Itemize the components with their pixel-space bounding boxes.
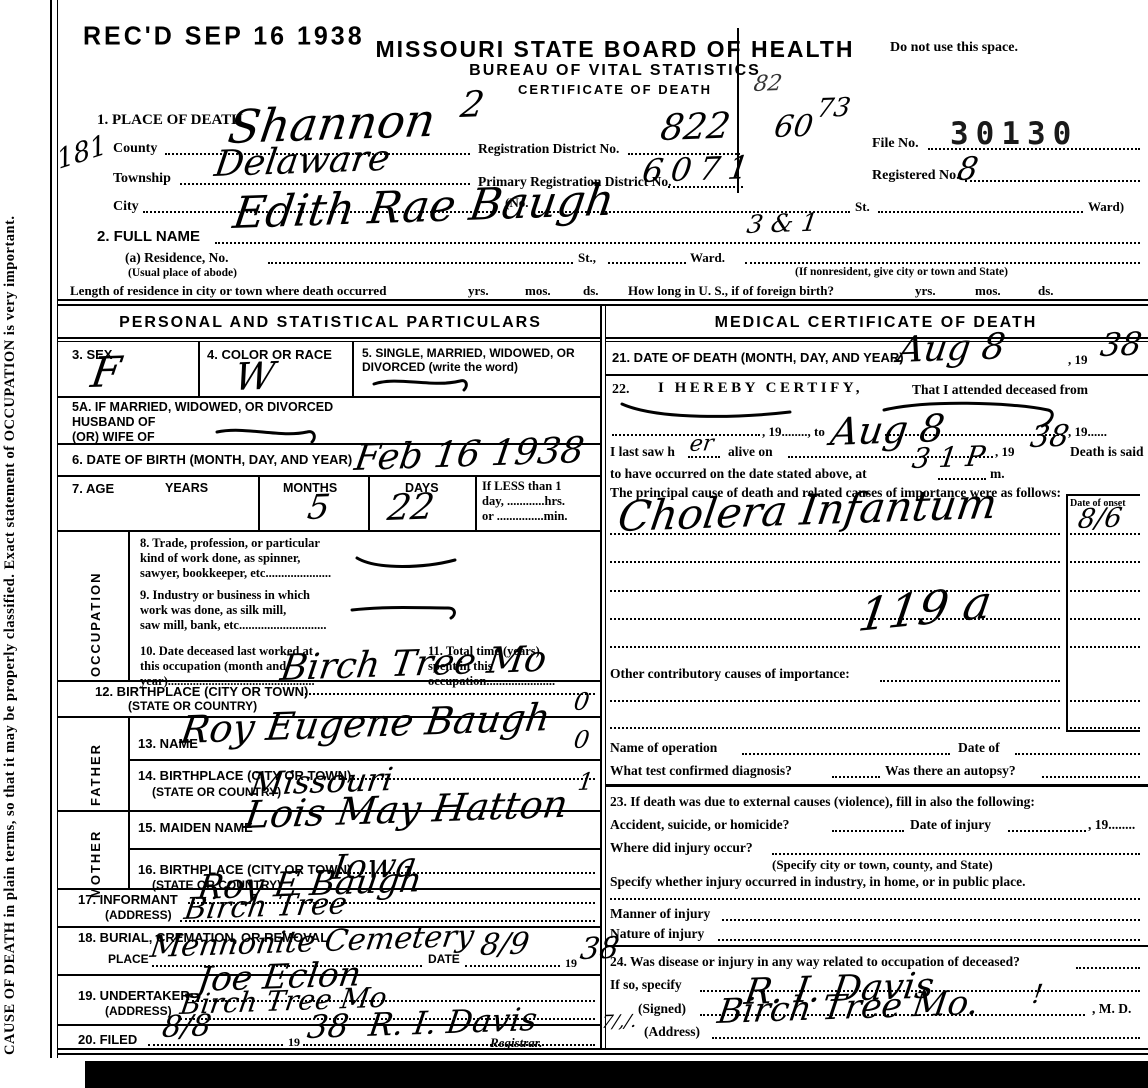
date-of-onset-handwriting: 8/6: [1076, 503, 1124, 535]
howlong-mos-label: mos.: [975, 283, 1001, 299]
age-days-handwriting: 22: [385, 486, 437, 529]
mother-name-label: 15. MAIDEN NAME: [138, 820, 253, 835]
medical-section-title: MEDICAL CERTIFICATE OF DEATH: [606, 314, 1146, 332]
md-label: , M. D.: [1092, 1001, 1131, 1017]
item9-dash-handwriting: [350, 600, 460, 620]
date-of-death-year-handwriting: 38: [1098, 325, 1144, 364]
nature-injury-dots: [718, 929, 1140, 941]
certify-rest-text: That I attended deceased from: [912, 382, 1088, 398]
side-number-handwriting: 181: [55, 129, 109, 176]
length-residence-label: Length of residence in city or town wher…: [70, 283, 386, 299]
certify-number: 22.: [612, 382, 630, 398]
contributory-handwriting: 119 a: [855, 575, 995, 642]
operation-date-dots: [1015, 743, 1140, 755]
county-label: County: [113, 141, 157, 157]
nonresident-note: (If nonresident, give city or town and S…: [795, 266, 1008, 278]
s24-dots: [1076, 957, 1140, 969]
residence-ward-label: Ward.: [690, 250, 725, 266]
sex-race-divider: [198, 341, 200, 396]
s23-top-rule: [606, 784, 1148, 787]
occupation-item9: 9. Industry or business in which work wa…: [140, 588, 326, 632]
dob-bottom-rule: [57, 475, 600, 477]
scan-black-bar: [85, 1061, 1148, 1088]
s5a-dash-handwriting: [215, 424, 320, 444]
cause-dots-4: [610, 618, 1060, 620]
personal-section-title: PERSONAL AND STATISTICAL PARTICULARS: [68, 314, 593, 332]
doctor-address-handwriting: Birch Tree Mo.: [715, 983, 981, 1032]
cause-dots-2b: [1070, 561, 1140, 563]
autopsy-dots: [1042, 766, 1140, 778]
length-yrs-label: yrs.: [468, 283, 489, 299]
medical-title-rule-2: [606, 341, 1148, 342]
last-saw-label-a: I last saw h: [610, 444, 675, 460]
signed-label: (Signed): [638, 1001, 686, 1017]
received-date-stamp: REC'D SEP 16 1938: [83, 21, 365, 51]
contributory-label: Other contributory causes of importance:: [610, 666, 850, 682]
manner-injury-dots: [722, 909, 1140, 921]
age-months-handwriting: 5: [305, 487, 332, 528]
stray-mark-1-handwriting: 0: [572, 687, 591, 716]
length-mos-label: mos.: [525, 283, 551, 299]
personal-title-rule-1: [57, 337, 600, 339]
registered-no-label: Registered No.: [872, 168, 960, 184]
doctor-address-label: (Address): [644, 1024, 700, 1040]
accident-label: Accident, suicide, or homicide?: [610, 817, 789, 833]
where-injury-dots: [772, 843, 1140, 855]
age-days-divider: [475, 475, 477, 530]
residence-label: (a) Residence, No.: [125, 250, 228, 266]
race-marital-divider: [352, 341, 354, 396]
specify-city-note: (Specify city or town, county, and State…: [772, 857, 993, 873]
father-side-divider: [128, 716, 130, 810]
dob-handwriting: Feb 16 1938: [352, 430, 587, 479]
city-st-line: [878, 199, 1083, 213]
address-scribble-handwriting: 7/,/.: [600, 1011, 638, 1033]
manner-injury-label: Manner of injury: [610, 906, 710, 922]
form-bottom-rule-1: [57, 1048, 1148, 1050]
occupation-side-label: OCCUPATION: [88, 542, 103, 677]
place-of-death-label: 1. PLACE OF DEATH: [97, 112, 243, 129]
where-injury-label: Where did injury occur?: [610, 840, 753, 856]
city-st-label: St.: [855, 199, 870, 215]
header-squiggle-handwriting: 2: [458, 84, 487, 126]
certify-dash1-handwriting: [618, 398, 798, 426]
injury-date-label: Date of injury: [910, 817, 991, 833]
howlong-ds-label: ds.: [1038, 283, 1054, 299]
operation-dots: [742, 743, 950, 755]
test-label: What test confirmed diagnosis?: [610, 763, 792, 779]
last-saw-year-prefix: , 19: [995, 444, 1015, 460]
certificate-title: CERTIFICATE OF DEATH: [375, 82, 855, 97]
registered-no-handwriting: 8: [955, 149, 981, 188]
accident-dots: [832, 820, 904, 832]
burial-date-label: DATE: [428, 952, 460, 966]
city-ward-label: Ward): [1088, 199, 1124, 215]
marital-label: 5. SINGLE, MARRIED, WIDOWED, OR DIVORCED…: [362, 346, 575, 374]
s24-top-rule: [606, 945, 1148, 947]
certify-line2-dots1: [612, 424, 760, 436]
abode-note: (Usual place of abode): [128, 267, 237, 279]
residence-st-label: St.,: [578, 250, 596, 266]
undertaker-address-label: (ADDRESS): [105, 1004, 172, 1018]
age-label: 7. AGE: [72, 481, 114, 496]
informant-address-label: (ADDRESS): [105, 908, 172, 922]
contributory-dots: [880, 670, 1060, 682]
length-ds-label: ds.: [583, 283, 599, 299]
death-said-text: Death is said: [1070, 444, 1144, 460]
cause-dots-5b: [1070, 646, 1140, 648]
registered-no-line: [965, 168, 1140, 182]
occurred-label: to have occurred on the date stated abov…: [610, 466, 867, 482]
columns-top-rule-2: [57, 304, 1148, 306]
filed-label: 20. FILED: [78, 1032, 137, 1047]
file-no-label: File No.: [872, 136, 919, 152]
age-less-label: If LESS than 1 day, ............hrs. or …: [482, 479, 568, 523]
last-saw-er-handwriting: er: [688, 431, 715, 457]
medical-title-rule-1: [606, 337, 1148, 339]
full-name-annotation-handwriting: 3 & 1: [745, 208, 819, 239]
nature-injury-label: Nature of injury: [610, 926, 704, 942]
howlong-yrs-label: yrs.: [915, 283, 936, 299]
stray-mark-2-handwriting: 0: [572, 725, 591, 754]
filed-date-handwriting: 8/8: [160, 1008, 213, 1045]
burial-year-prefix: 19: [565, 956, 577, 971]
undertaker-label: 19. UNDERTAKER: [78, 988, 190, 1003]
file-no-stamp: 30130: [950, 116, 1078, 152]
stray-mark-3-handwriting: 1: [576, 767, 595, 796]
do-not-use-note: Do not use this space.: [890, 40, 1018, 56]
operation-label: Name of operation: [610, 740, 717, 756]
s24-title: 24. Was disease or injury in any way rel…: [610, 954, 1020, 970]
occurred-time-handwriting: 3 1 P: [910, 439, 987, 475]
primary-district-handwriting: 6071: [640, 148, 759, 190]
cause-dots-4b: [1070, 618, 1140, 620]
injury-date-dots: [1008, 820, 1086, 832]
form-left-border-outer: [50, 0, 52, 1058]
row345-bottom-rule: [57, 396, 600, 398]
township-handwriting: Delaware: [212, 138, 393, 185]
marital-dash-handwriting: [372, 374, 472, 392]
sex-handwriting: F: [88, 347, 124, 397]
filed-year-handwriting: 38: [305, 1007, 351, 1046]
cause-dots-7: [610, 727, 1060, 729]
informant-label: 17. INFORMANT: [78, 892, 178, 907]
cause-dots-1b: [1070, 533, 1140, 535]
date-of-death-handwriting: Aug 8: [895, 326, 1008, 371]
margin-instruction-text: CAUSE OF DEATH in plain terms, so that i…: [2, 10, 19, 1055]
age-bottom-rule: [57, 530, 600, 532]
org-title: MISSOURI STATE BOARD OF HEALTH: [375, 36, 855, 63]
operation-date-label: Date of: [958, 740, 1000, 756]
age-years-divider: [258, 475, 260, 530]
specify-whether-label: Specify whether injury occurred in indus…: [610, 874, 1026, 890]
burial-place-label: PLACE: [108, 952, 149, 966]
residence-ward-line: [745, 251, 1140, 264]
personal-title-rule-2: [57, 341, 600, 342]
cause-dots-6: [610, 700, 1060, 702]
last-saw-year-handwriting: 38: [1028, 419, 1071, 455]
registration-district-handwriting: 822: [658, 106, 733, 149]
pencil-mark-handwriting: 82: [752, 71, 784, 97]
cause-dots-6b: [1070, 700, 1140, 702]
columns-top-rule-1: [57, 299, 1148, 301]
item8-dash-handwriting: [355, 552, 460, 572]
cause-dots-2: [610, 561, 1060, 563]
injury-year-label: , 19........: [1088, 817, 1135, 833]
certify-line2-a: , 19........, to: [762, 424, 825, 440]
death-certificate-scan: CAUSE OF DEATH in plain terms, so that i…: [0, 0, 1148, 1088]
date-of-death-year-prefix: , 19: [1068, 352, 1088, 368]
township-label: Township: [113, 171, 171, 187]
specify-whether-dots: [610, 898, 1140, 900]
registration-district-sup-handwriting: 73: [815, 93, 853, 124]
howlong-us-label: How long in U. S., if of foreign birth?: [628, 283, 834, 299]
registration-district-label: Registration District No.: [478, 141, 619, 157]
residence-st-line: [608, 251, 686, 264]
age-months-divider: [368, 475, 370, 530]
s23-title: 23. If death was due to external causes …: [610, 794, 1035, 810]
burial-date-handwriting: 8/9: [478, 926, 531, 963]
dob-label: 6. DATE OF BIRTH (MONTH, DAY, AND YEAR): [72, 452, 352, 467]
race-handwriting: W: [232, 354, 277, 399]
occupation-item8: 8. Trade, profession, or particular kind…: [140, 536, 331, 580]
certify-bold-text: I HEREBY CERTIFY,: [658, 380, 863, 397]
test-dots: [832, 766, 880, 778]
father-side-label: FATHER: [88, 726, 103, 806]
date-of-death-label: 21. DATE OF DEATH (MONTH, DAY, AND YEAR): [612, 350, 904, 365]
cause-dots-7b: [1070, 727, 1140, 729]
residence-line: [268, 251, 573, 264]
if-so-label: If so, specify: [610, 977, 682, 993]
s21-bottom-rule: [606, 374, 1148, 376]
form-bottom-rule-2: [57, 1053, 1148, 1055]
age-years-label: YEARS: [165, 481, 208, 495]
autopsy-label: Was there an autopsy?: [885, 763, 1016, 779]
registration-district-extra-handwriting: 60: [772, 109, 815, 145]
cause-dots-1: [610, 533, 1060, 535]
mother-side-label: MOTHER: [88, 818, 103, 898]
last-saw-label-b: alive on: [728, 444, 773, 460]
cause-dots-5: [610, 646, 1060, 648]
birthplace-label: 12. BIRTHPLACE (CITY OR TOWN): [95, 684, 308, 699]
informant-address-handwriting: Birch Tree: [182, 886, 349, 927]
certify-line2-b: , 19......: [1068, 424, 1107, 440]
city-label: City: [113, 199, 139, 215]
full-name-label: 2. FULL NAME: [97, 228, 200, 245]
occupation-side-divider: [128, 530, 130, 680]
cause-dots-3b: [1070, 590, 1140, 592]
